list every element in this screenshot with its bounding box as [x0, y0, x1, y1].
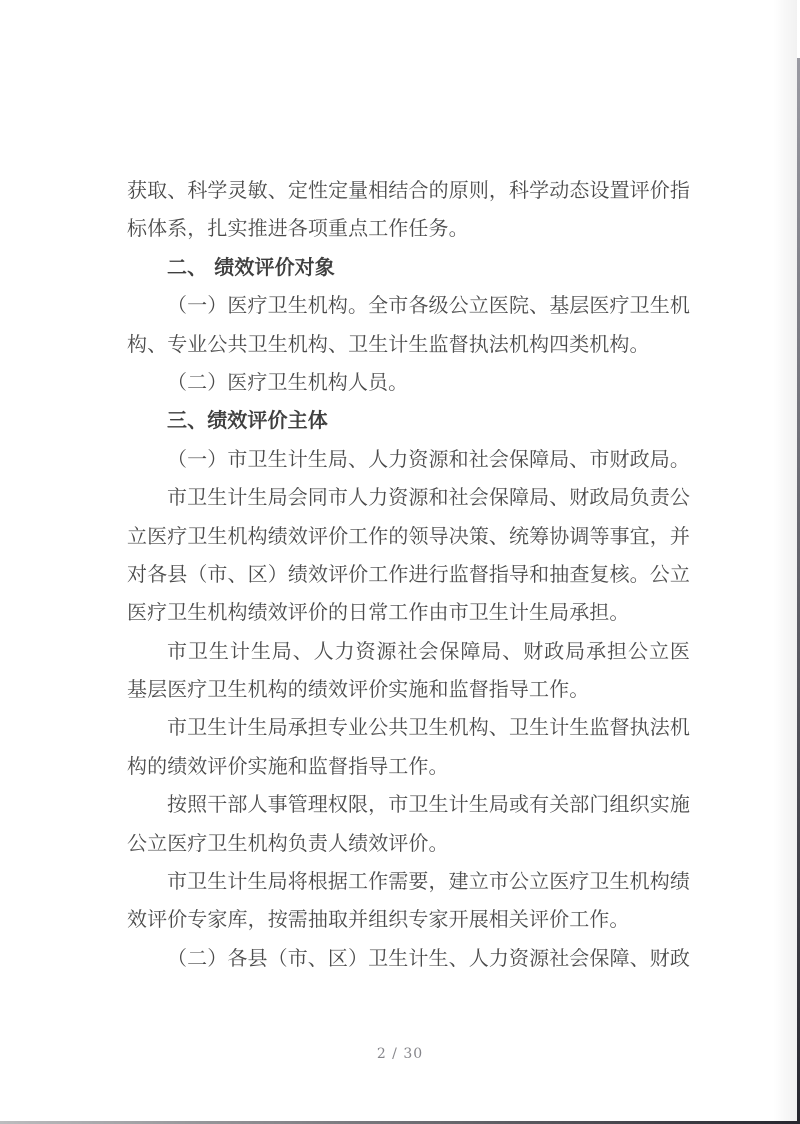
scanned-page: 获取、科学灵敏、定性定量相结合的原则，科学动态设置评价指标体系，扎实推进各项重点…	[0, 0, 800, 1124]
text-line: 市卫生计生局将根据工作需要，建立市公立医疗卫生机构绩	[127, 862, 690, 900]
text-line: 对各县（市、区）绩效评价工作进行监督指导和抽查复核。公立	[127, 555, 690, 593]
text-line: 获取、科学灵敏、定性定量相结合的原则，科学动态设置评价指	[127, 171, 690, 209]
text-line: 市卫生计生局承担专业公共卫生机构、卫生计生监督执法机	[127, 708, 690, 746]
text-line: 按照干部人事管理权限，市卫生计生局或有关部门组织实施	[127, 785, 690, 823]
text-line: （一）市卫生计生局、人力资源和社会保障局、市财政局。	[127, 440, 690, 478]
text-line: （二）医疗卫生机构人员。	[127, 363, 690, 401]
text-line: （二）各县（市、区）卫生计生、人力资源社会保障、财政	[127, 939, 690, 977]
page-number: 2 / 30	[0, 1046, 800, 1062]
text-line: 市卫生计生局、人力资源社会保障局、财政局承担公立医院、	[127, 632, 690, 670]
text-line: 效评价专家库，按需抽取并组织专家开展相关评价工作。	[127, 900, 690, 938]
page-body-text: 获取、科学灵敏、定性定量相结合的原则，科学动态设置评价指标体系，扎实推进各项重点…	[127, 171, 690, 977]
text-line: 构、专业公共卫生机构、卫生计生监督执法机构四类机构。	[127, 325, 690, 363]
text-line: 市卫生计生局会同市人力资源和社会保障局、财政局负责公	[127, 478, 690, 516]
text-line: 三、绩效评价主体	[127, 401, 690, 439]
text-line: 构的绩效评价实施和监督指导工作。	[127, 747, 690, 785]
text-line: 标体系，扎实推进各项重点工作任务。	[127, 209, 690, 247]
text-line: 公立医疗卫生机构负责人绩效评价。	[127, 824, 690, 862]
scan-shading-right	[773, 0, 797, 1124]
text-line: 二、 绩效评价对象	[127, 248, 690, 286]
text-line: （一）医疗卫生机构。全市各级公立医院、基层医疗卫生机	[127, 286, 690, 324]
text-line: 立医疗卫生机构绩效评价工作的领导决策、统筹协调等事宜，并	[127, 517, 690, 555]
text-line: 医疗卫生机构绩效评价的日常工作由市卫生计生局承担。	[127, 593, 690, 631]
text-line: 基层医疗卫生机构的绩效评价实施和监督指导工作。	[127, 670, 690, 708]
